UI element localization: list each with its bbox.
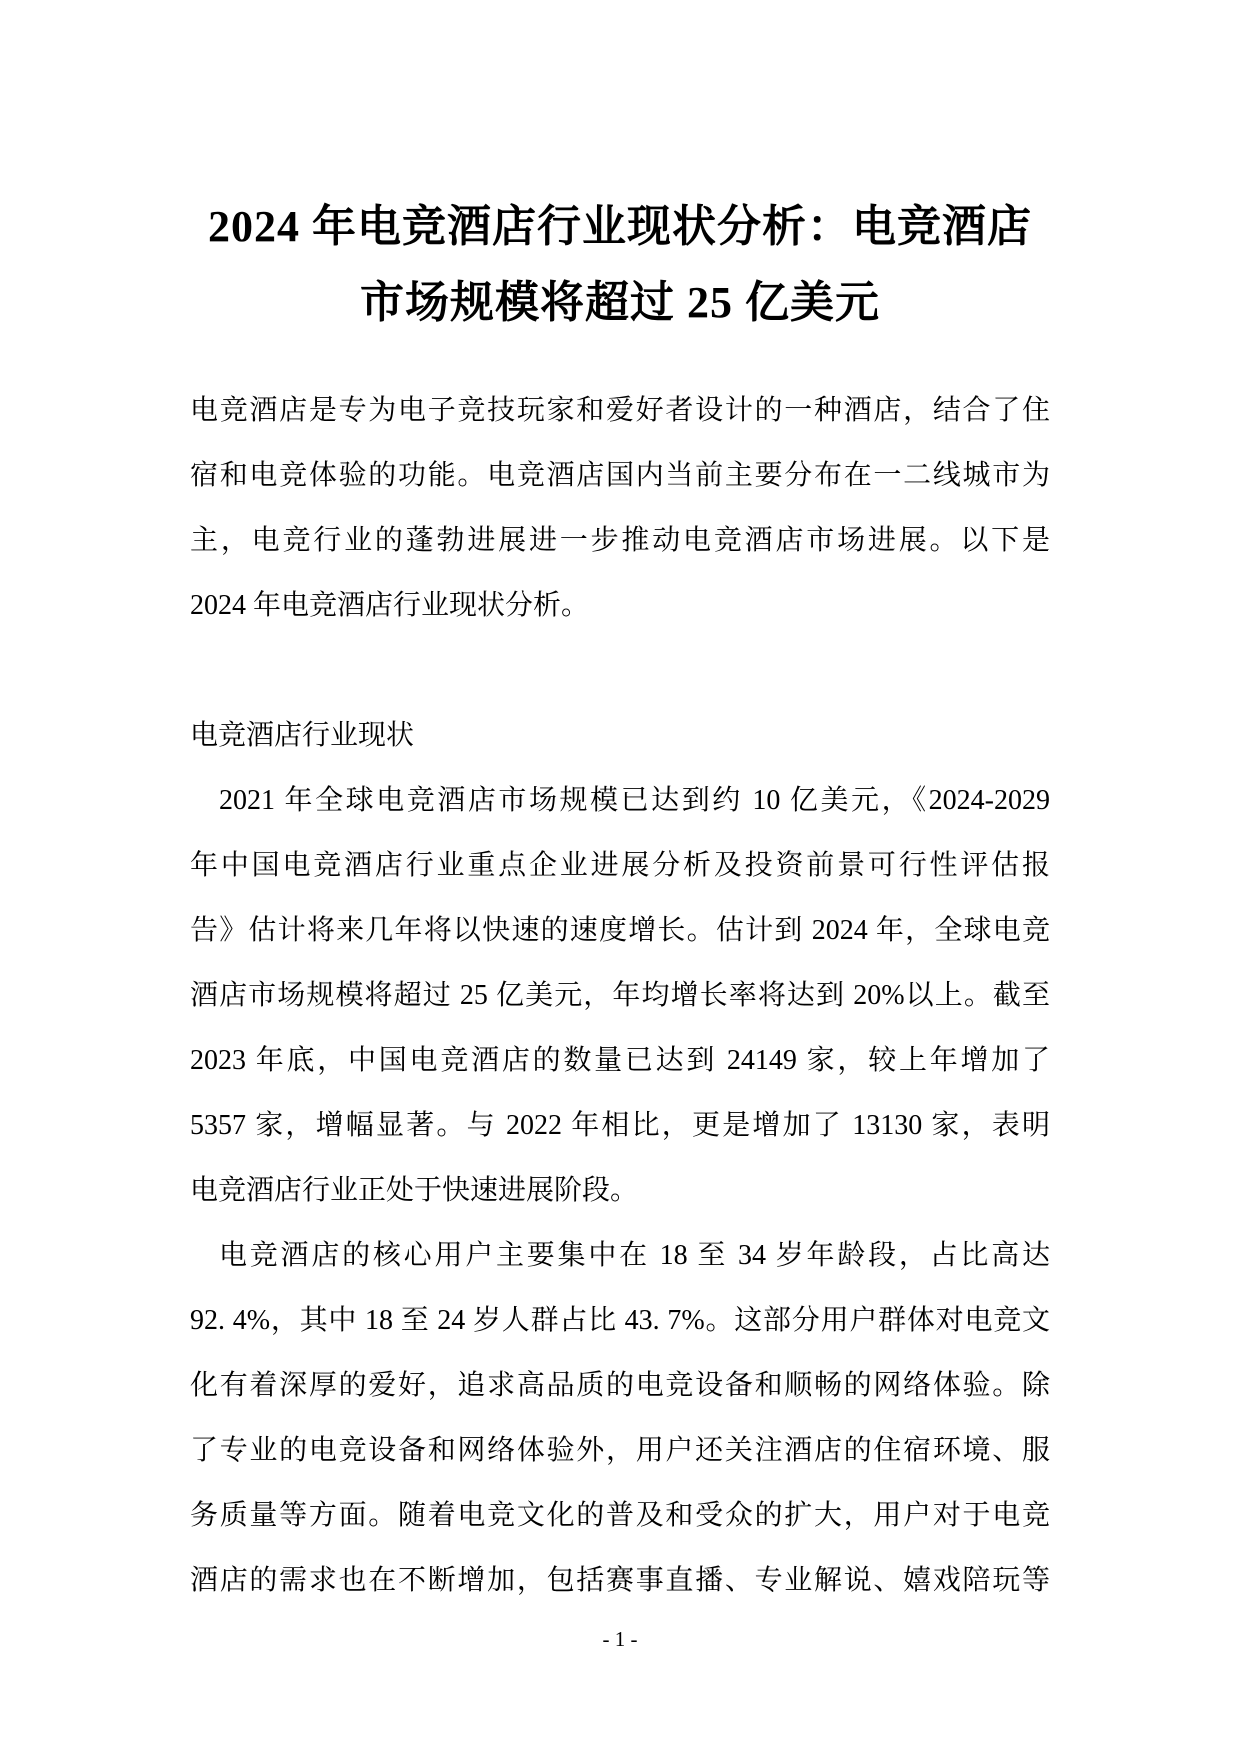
text-line: 2023 年底，中国电竞酒店的数量已达到 24149 家，较上年增加了 (190, 1028, 1050, 1093)
blank-line (190, 638, 1050, 703)
text-line: 酒店的需求也在不断增加，包括赛事直播、专业解说、嬉戏陪玩等 (190, 1548, 1050, 1613)
title-line-1: 2024 年电竞酒店行业现状分析：电竞酒店 (190, 189, 1050, 265)
text-line: 化有着深厚的爱好，追求高品质的电竞设备和顺畅的网络体验。除 (190, 1353, 1050, 1418)
text-line: 宿和电竞体验的功能。电竞酒店国内当前主要分布在一二线城市为 (190, 443, 1050, 508)
text-line: 2024 年电竞酒店行业现状分析。 (190, 573, 1050, 638)
text-line: 告》估计将来几年将以快速的速度增长。估计到 2024 年，全球电竞 (190, 898, 1050, 963)
text-line: 年中国电竞酒店行业重点企业进展分析及投资前景可行性评估报 (190, 833, 1050, 898)
paragraph-intro: 电竞酒店是专为电子竞技玩家和爱好者设计的一种酒店，结合了住 宿和电竞体验的功能。… (190, 378, 1050, 638)
page-number: - 1 - (0, 1624, 1240, 1654)
text-line: 电竞酒店行业正处于快速进展阶段。 (190, 1158, 1050, 1223)
text-line: 务质量等方面。随着电竞文化的普及和受众的扩大，用户对于电竞 (190, 1483, 1050, 1548)
text-line: 了专业的电竞设备和网络体验外，用户还关注酒店的住宿环境、服 (190, 1418, 1050, 1483)
document-body: 电竞酒店是专为电子竞技玩家和爱好者设计的一种酒店，结合了住 宿和电竞体验的功能。… (190, 378, 1050, 1613)
text-line: 酒店市场规模将超过 25 亿美元，年均增长率将达到 20%以上。截至 (190, 963, 1050, 1028)
text-line: 电竞酒店是专为电子竞技玩家和爱好者设计的一种酒店，结合了住 (190, 378, 1050, 443)
document-page: 2024 年电竞酒店行业现状分析：电竞酒店 市场规模将超过 25 亿美元 电竞酒… (0, 0, 1240, 1753)
text-line: 5357 家，增幅显著。与 2022 年相比，更是增加了 13130 家，表明 (190, 1093, 1050, 1158)
paragraph-core-users: 电竞酒店的核心用户主要集中在 18 至 34 岁年龄段，占比高达 92. 4%，… (190, 1223, 1050, 1613)
document-title: 2024 年电竞酒店行业现状分析：电竞酒店 市场规模将超过 25 亿美元 (190, 189, 1050, 341)
text-line: 电竞酒店的核心用户主要集中在 18 至 34 岁年龄段，占比高达 (190, 1223, 1050, 1288)
text-line: 92. 4%，其中 18 至 24 岁人群占比 43. 7%。这部分用户群体对电… (190, 1288, 1050, 1353)
title-line-2: 市场规模将超过 25 亿美元 (190, 265, 1050, 341)
text-line: 主，电竞行业的蓬勃进展进一步推动电竞酒店市场进展。以下是 (190, 508, 1050, 573)
section-heading: 电竞酒店行业现状 (190, 703, 1050, 768)
text-line: 2021 年全球电竞酒店市场规模已达到约 10 亿美元，《2024-2029 (190, 768, 1050, 833)
paragraph-market-size: 2021 年全球电竞酒店市场规模已达到约 10 亿美元，《2024-2029 年… (190, 768, 1050, 1223)
